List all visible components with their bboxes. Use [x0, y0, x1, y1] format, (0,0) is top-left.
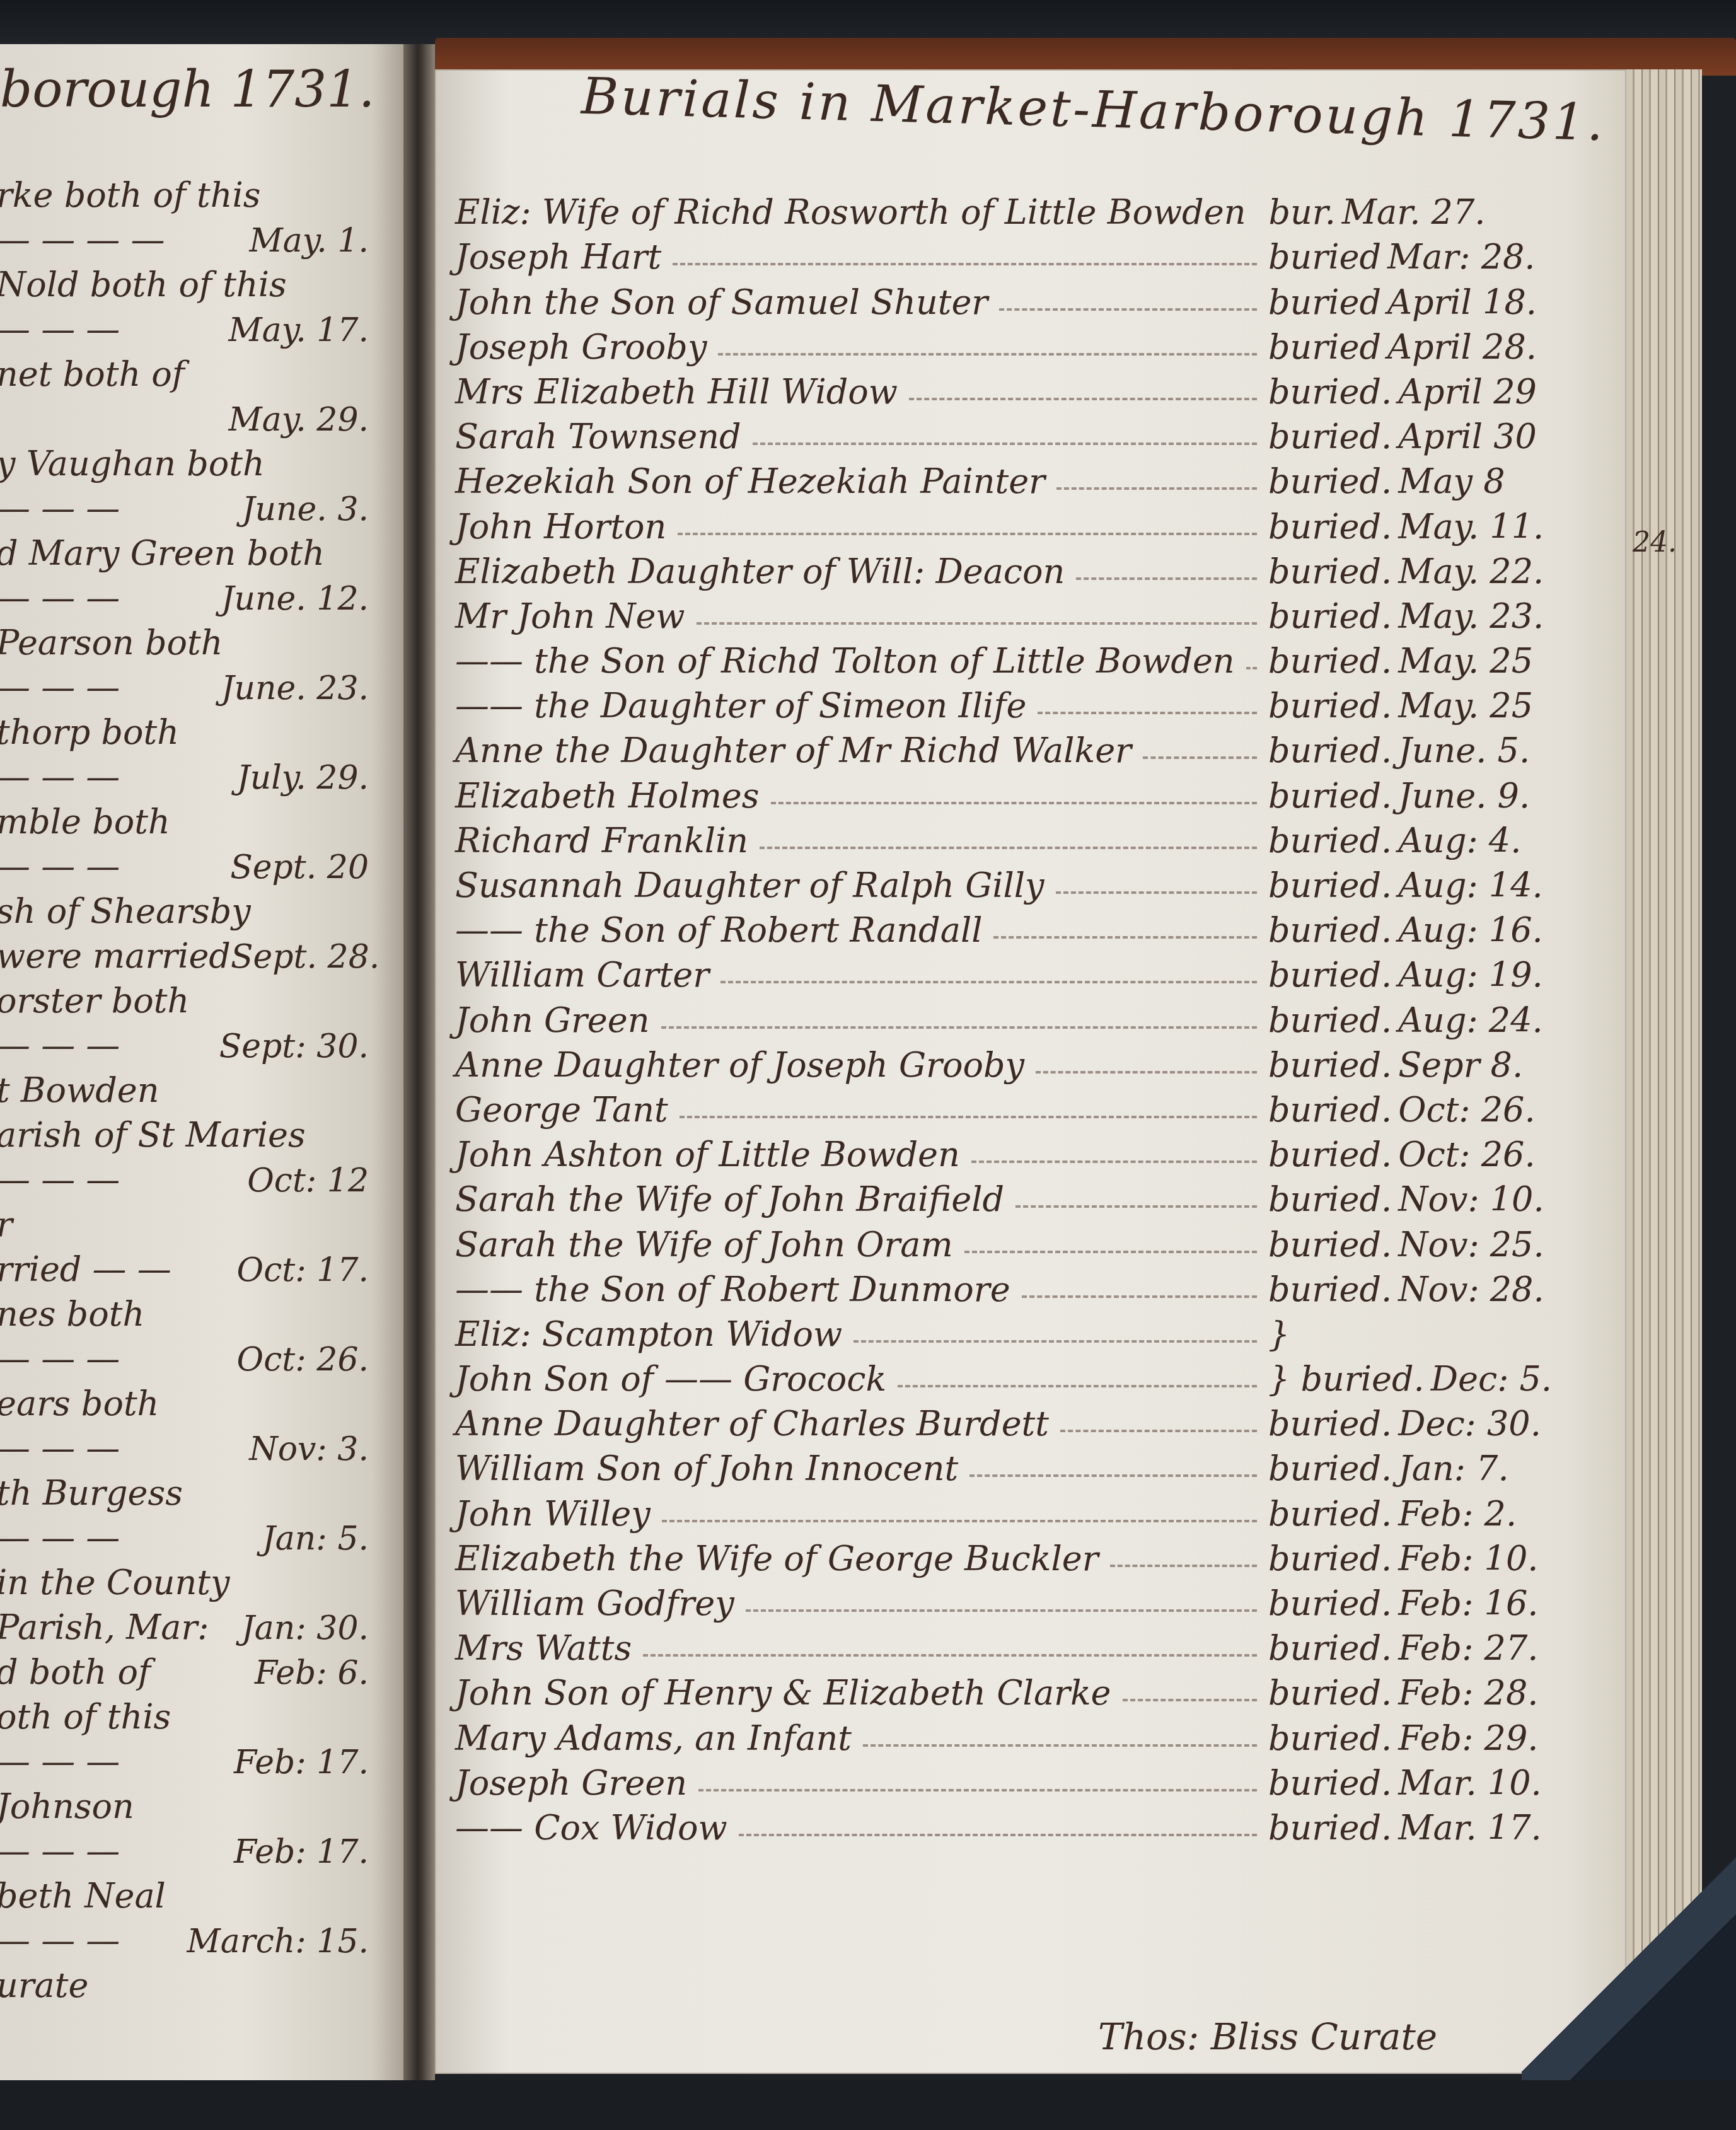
marriage-entry-fragment: sh of Shearsby	[0, 886, 403, 931]
entry-text: thorp both	[0, 712, 179, 752]
entry-date: Feb: 6.	[255, 1654, 369, 1692]
burial-record: buried.May. 23.	[1268, 596, 1609, 636]
entry-date: Jan: 30.	[241, 1609, 369, 1647]
burial-label: buried.	[1268, 910, 1392, 950]
dotted-leader	[1016, 1205, 1257, 1208]
burial-date: Mar. 27.	[1342, 192, 1486, 232]
burial-entry: John Son of —— Grocock} buried.Dec: 5.	[455, 1354, 1609, 1399]
burial-record: buried.Feb: 10.	[1268, 1539, 1609, 1578]
marriage-entry-fragment: in the County	[0, 1558, 403, 1602]
entry-date: Jan: 5.	[262, 1520, 369, 1558]
deceased-name: William Carter	[455, 955, 709, 995]
entry-date: Oct: 17.	[237, 1251, 369, 1289]
burial-record: buried.Feb: 2.	[1268, 1494, 1609, 1534]
deceased-name: George Tant	[455, 1090, 668, 1130]
burial-entry: —— the Son of Robert Dunmoreburied.Nov: …	[455, 1265, 1609, 1309]
burial-date: Aug: 24.	[1398, 1000, 1543, 1040]
burial-label: buried.	[1268, 1494, 1392, 1534]
entry-text: urate	[0, 1965, 88, 2005]
entry-text: sh of Shearsby	[0, 891, 251, 931]
burial-record: buriedApril 18.	[1268, 282, 1609, 322]
burial-label: buried.	[1268, 821, 1392, 860]
deceased-name: Susannah Daughter of Ralph Gilly	[455, 865, 1044, 905]
burial-date: April 18.	[1387, 282, 1537, 322]
entry-date: Sept. 20	[230, 848, 369, 886]
burial-entry: John Son of Henry & Elizabeth Clarkeburi…	[455, 1668, 1609, 1713]
entry-text: — — —	[0, 847, 120, 886]
deceased-name: Mary Adams, an Infant	[455, 1718, 852, 1758]
burial-record: buried.April 30	[1268, 417, 1609, 456]
right-page: Burials in Market-Harborough 1731. Eliz:…	[435, 69, 1626, 2074]
marriage-entry-fragment: orster both	[0, 976, 403, 1021]
burial-label: buried.	[1268, 552, 1392, 591]
marriage-entry-fragment: Johnson	[0, 1781, 403, 1826]
dotted-leader	[1110, 1565, 1257, 1567]
curate-signature: Thos: Bliss Curate	[1098, 2015, 1437, 2058]
entry-text: in the County	[0, 1563, 229, 1602]
burial-entry: William Carterburied.Aug: 19.	[455, 950, 1609, 995]
entry-date: June. 23.	[221, 669, 369, 707]
burial-entry: Eliz: Wife of Richd Rosworth of Little B…	[455, 187, 1609, 232]
entry-text: t Bowden	[0, 1070, 159, 1110]
burial-entry: George Tantburied.Oct: 26.	[455, 1085, 1609, 1130]
book-strap	[1522, 1777, 1736, 2130]
burial-record: buried.Aug: 24.	[1268, 1000, 1609, 1040]
deceased-name: John Son of —— Grocock	[455, 1359, 886, 1399]
burial-label: buried.	[1268, 1583, 1392, 1623]
burial-date: Aug: 14.	[1398, 865, 1543, 905]
entry-date: June. 3.	[242, 490, 369, 528]
dotted-leader	[1246, 667, 1257, 669]
burial-entry: Anne the Daughter of Mr Richd Walkerburi…	[455, 726, 1609, 770]
marriage-entry-fragment: were marriedSept. 28.	[0, 931, 403, 976]
burial-label: buried.	[1268, 1808, 1392, 1848]
burial-record: buried.May. 25	[1268, 641, 1609, 681]
deceased-name: John Son of Henry & Elizabeth Clarke	[455, 1673, 1111, 1713]
marriage-entry-fragment: May. 29.	[0, 394, 403, 439]
entry-text: — — —	[0, 1831, 120, 1871]
left-page: borough 1731. rke both of this— — — —May…	[0, 44, 403, 2093]
entry-text: — — —	[0, 1921, 120, 1960]
marriage-entry-fragment: — — —May. 17.	[0, 304, 403, 349]
dotted-leader	[1060, 1430, 1257, 1432]
burial-record: buried.May. 11.	[1268, 507, 1609, 547]
entry-text: rried — —	[0, 1249, 171, 1289]
deceased-name: John Ashton of Little Bowden	[455, 1135, 960, 1174]
burial-entry: Sarah the Wife of John Oramburied.Nov: 2…	[455, 1219, 1609, 1264]
burial-label: buried.	[1268, 596, 1392, 636]
burial-record: buried.Aug: 19.	[1268, 955, 1609, 995]
dotted-leader	[673, 263, 1257, 265]
burial-date: Dec: 30.	[1398, 1404, 1541, 1444]
burial-date: Mar. 17.	[1398, 1808, 1542, 1848]
marriage-entry-fragment: rke both of this	[0, 170, 403, 215]
dotted-leader	[863, 1744, 1257, 1747]
marriage-entry-fragment: — — —June. 23.	[0, 663, 403, 707]
marriage-entry-fragment: d both ofFeb: 6.	[0, 1647, 403, 1692]
deceased-name: William Godfrey	[455, 1583, 734, 1623]
dotted-leader	[661, 1026, 1257, 1029]
burial-label: buried.	[1268, 1763, 1392, 1803]
dotted-leader	[964, 1251, 1257, 1253]
entry-text: r	[0, 1205, 13, 1244]
marriage-entry-fragment: — — —Feb: 17.	[0, 1737, 403, 1781]
burial-entry: Mary Adams, an Infantburied.Feb: 29.	[455, 1713, 1609, 1757]
marriage-entry-fragment: arish of St Maries	[0, 1110, 403, 1155]
marriage-entry-fragment: — — —Nov: 3.	[0, 1423, 403, 1468]
deceased-name: Elizabeth the Wife of George Buckler	[455, 1539, 1099, 1578]
dotted-leader	[698, 1789, 1257, 1791]
burial-label: buried.	[1268, 461, 1392, 501]
dotted-leader	[771, 802, 1257, 804]
burial-record: } buried.Dec: 5.	[1268, 1359, 1609, 1399]
burial-record: buried.Jan: 7.	[1268, 1449, 1609, 1488]
dotted-leader	[662, 1520, 1257, 1522]
burial-entry: Mrs Wattsburied.Feb: 27.	[455, 1623, 1609, 1668]
entry-date: Feb: 17.	[234, 1833, 369, 1871]
marriage-entry-fragment: ears both	[0, 1379, 403, 1423]
marriage-entry-fragment: — — —Jan: 5.	[0, 1513, 403, 1558]
dotted-leader	[643, 1654, 1257, 1657]
burial-entry: Mr John Newburied.May. 23.	[455, 591, 1609, 636]
burial-date: Feb: 27.	[1398, 1628, 1538, 1668]
burial-label: buried.	[1268, 641, 1392, 681]
background-bottom	[0, 2080, 1736, 2130]
deceased-name: Joseph Green	[455, 1763, 687, 1803]
marriage-entry-fragment: rried — —Oct: 17.	[0, 1244, 403, 1289]
marriage-entry-fragment: — — — —May. 1.	[0, 215, 403, 260]
entry-date: Sept. 28.	[231, 938, 379, 976]
entry-text: rke both of this	[0, 175, 261, 215]
burial-entry: John the Son of Samuel ShuterburiedApril…	[455, 277, 1609, 321]
dotted-leader	[1143, 756, 1257, 759]
burial-label: buried.	[1268, 686, 1392, 726]
burial-record: buried.May 8	[1268, 461, 1609, 501]
burial-record: buried.Feb: 28.	[1268, 1673, 1609, 1713]
dotted-leader	[969, 1474, 1257, 1477]
entry-text: Johnson	[0, 1786, 134, 1826]
burial-entry: Joseph Greenburied.Mar. 10.	[455, 1758, 1609, 1803]
left-page-heading: borough 1731.	[0, 60, 375, 119]
burial-entry: John Willeyburied.Feb: 2.	[455, 1488, 1609, 1533]
deceased-name: —— the Son of Richd Tolton of Little Bow…	[455, 641, 1235, 681]
deceased-name: Sarah the Wife of John Oram	[455, 1225, 953, 1265]
burial-date: June. 5.	[1398, 731, 1530, 770]
entry-text: — — —	[0, 1026, 120, 1065]
burial-entry: William Son of John Innocentburied.Jan: …	[455, 1444, 1609, 1488]
dotted-leader	[739, 1834, 1257, 1836]
burial-record: buried.Aug: 4.	[1268, 821, 1609, 860]
burial-entry: William Godfreyburied.Feb: 16.	[455, 1578, 1609, 1623]
dotted-leader	[1036, 1071, 1257, 1074]
burial-date: April 29	[1398, 372, 1537, 412]
entry-date: May. 29.	[229, 401, 369, 439]
margin-note: 24.	[1633, 526, 1677, 559]
burial-entry: —— Cox Widowburied.Mar. 17.	[455, 1803, 1609, 1848]
burial-label: buried.	[1268, 776, 1392, 816]
deceased-name: Hezekiah Son of Hezekiah Painter	[455, 461, 1045, 501]
burial-date: June. 9.	[1398, 776, 1530, 816]
entry-text: beth Neal	[0, 1876, 166, 1916]
marriage-entry-fragment: — — —Oct: 12	[0, 1155, 403, 1200]
marriage-entry-fragment: — — —July. 29.	[0, 752, 403, 797]
burial-date: Jan: 7.	[1398, 1449, 1509, 1488]
burial-label: } buried.	[1268, 1359, 1425, 1399]
deceased-name: Mr John New	[455, 596, 685, 636]
marriage-entry-fragment: d Mary Green both	[0, 528, 403, 573]
dotted-leader	[720, 981, 1257, 983]
burial-label: buried.	[1268, 372, 1392, 412]
entry-text: — — — —	[0, 220, 165, 260]
burial-date: Sepr 8.	[1398, 1045, 1523, 1085]
deceased-name: Eliz: Scampton Widow	[455, 1314, 842, 1354]
burial-record: buried.Oct: 26.	[1268, 1090, 1609, 1130]
burial-date: Nov: 10.	[1398, 1179, 1544, 1219]
dotted-leader	[999, 308, 1257, 311]
burial-entry: Sarah the Wife of John Braifieldburied.N…	[455, 1174, 1609, 1219]
burial-date: Nov: 28.	[1398, 1270, 1544, 1309]
burial-label: buried.	[1268, 1628, 1392, 1668]
entry-text: — — —	[0, 1339, 120, 1379]
burial-date: Aug: 4.	[1398, 821, 1521, 860]
burial-label: buried	[1268, 327, 1381, 367]
deceased-name: Sarah Townsend	[455, 417, 741, 456]
dotted-leader	[854, 1340, 1257, 1343]
deceased-name: Sarah the Wife of John Braifield	[455, 1179, 1004, 1219]
burial-entry: —— the Son of Richd Tolton of Little Bow…	[455, 636, 1609, 681]
marriage-entry-fragment: r	[0, 1200, 403, 1244]
entry-text: Pearson both	[0, 623, 223, 663]
burial-entry: —— the Daughter of Simeon Ilifeburied.Ma…	[455, 681, 1609, 726]
entry-date: June. 12.	[221, 580, 369, 618]
burial-record: buried.Nov: 25.	[1268, 1225, 1609, 1265]
burial-record: buried.Sepr 8.	[1268, 1045, 1609, 1085]
entry-date: May. 1.	[250, 222, 369, 260]
deceased-name: John Horton	[455, 507, 666, 547]
marriage-entry-fragment: — — —Sept: 30.	[0, 1021, 403, 1065]
entry-text: — — —	[0, 1428, 120, 1468]
burial-record: buried.Dec: 30.	[1268, 1404, 1609, 1444]
entry-text: arish of St Maries	[0, 1115, 306, 1155]
burial-record: buried.May. 25	[1268, 686, 1609, 726]
dotted-leader	[1056, 891, 1257, 894]
burial-date: May. 25	[1398, 686, 1533, 726]
entry-text: y Vaughan both	[0, 444, 265, 483]
burial-entry: Joseph GroobyburiedApril 28.	[455, 322, 1609, 367]
burial-record: buried.May. 22.	[1268, 552, 1609, 591]
entry-date: Oct: 12	[247, 1162, 369, 1200]
deceased-name: Eliz: Wife of Richd Rosworth of Little B…	[455, 192, 1246, 232]
burial-record: buried.Feb: 29.	[1268, 1718, 1609, 1758]
deceased-name: Joseph Hart	[455, 237, 661, 277]
entry-text: nes both	[0, 1294, 144, 1334]
deceased-name: Anne the Daughter of Mr Richd Walker	[455, 731, 1131, 770]
burial-date: April 28.	[1387, 327, 1537, 367]
dotted-leader	[680, 1116, 1257, 1118]
burial-label: buried.	[1268, 955, 1392, 995]
burial-entry: John Greenburied.Aug: 24.	[455, 995, 1609, 1039]
burial-label: buried.	[1268, 1673, 1392, 1713]
burial-label: buried	[1268, 282, 1381, 322]
entry-text: — — —	[0, 1518, 120, 1558]
deceased-name: —— the Daughter of Simeon Ilife	[455, 686, 1026, 726]
burial-record: buried.June. 5.	[1268, 731, 1609, 770]
deceased-name: John the Son of Samuel Shuter	[455, 282, 988, 322]
book-gutter	[403, 44, 435, 2093]
marriage-entry-fragment: Pearson both	[0, 618, 403, 663]
dotted-leader	[909, 398, 1257, 400]
entry-text: — — —	[0, 310, 120, 349]
burial-entry: Sarah Townsendburied.April 30	[455, 412, 1609, 456]
entry-text: — — —	[0, 668, 120, 707]
burial-entry: Eliz: Scampton Widow}	[455, 1309, 1609, 1354]
entry-text: — — —	[0, 757, 120, 797]
burial-record: buried.Oct: 26.	[1268, 1135, 1609, 1174]
burial-entry: Anne Daughter of Charles Burdettburied.D…	[455, 1399, 1609, 1444]
entry-text: — — —	[0, 489, 120, 528]
deceased-name: William Son of John Innocent	[455, 1449, 958, 1488]
marriage-entry-fragment: beth Neal	[0, 1871, 403, 1916]
dotted-leader	[718, 353, 1257, 356]
dotted-leader	[760, 847, 1257, 849]
burial-date: May. 25	[1398, 641, 1533, 681]
deceased-name: —— the Son of Robert Dunmore	[455, 1270, 1010, 1309]
entry-text: Nold both of this	[0, 265, 287, 304]
entry-date: July. 29.	[237, 759, 369, 797]
marriage-entry-fragment: urate	[0, 1960, 403, 2005]
deceased-name: Richard Franklin	[455, 821, 748, 860]
marriage-entry-fragment: Parish, Mar:Jan: 30.	[0, 1602, 403, 1647]
marriage-entry-fragment: — — —June. 3.	[0, 483, 403, 528]
marriage-entry-fragment: mble both	[0, 797, 403, 842]
burial-date: Mar. 10.	[1398, 1763, 1542, 1803]
marriage-entry-fragment: — — —Oct: 26.	[0, 1334, 403, 1379]
entry-date: May. 17.	[229, 311, 369, 349]
burial-date: Mar: 28.	[1387, 237, 1536, 277]
marriage-entry-fragment: — — —June. 12.	[0, 573, 403, 618]
burial-date: Feb: 10.	[1398, 1539, 1538, 1578]
burial-date: May. 11.	[1398, 507, 1544, 547]
entry-date: Feb: 17.	[234, 1744, 369, 1781]
burial-date: Feb: 29.	[1398, 1718, 1538, 1758]
burial-label: buried.	[1268, 507, 1392, 547]
deceased-name: —— Cox Widow	[455, 1808, 727, 1848]
burial-entry: Mrs Elizabeth Hill Widowburied.April 29	[455, 367, 1609, 412]
marriage-entry-fragment: t Bowden	[0, 1065, 403, 1110]
entry-text: mble both	[0, 802, 170, 842]
burial-label: buried.	[1268, 1045, 1392, 1085]
entry-text: — — —	[0, 1742, 120, 1781]
burial-date: Aug: 16.	[1398, 910, 1543, 950]
dotted-leader	[1123, 1699, 1257, 1701]
burial-label: bur.	[1268, 192, 1335, 232]
dotted-leader	[971, 1161, 1257, 1163]
entry-text: d both of	[0, 1652, 151, 1692]
burial-date: April 30	[1398, 417, 1537, 456]
burial-record: buried.April 29	[1268, 372, 1609, 412]
entry-text: — — —	[0, 578, 120, 618]
burial-label: buried.	[1268, 1225, 1392, 1265]
burial-entry: —— the Son of Robert Randallburied.Aug: …	[455, 905, 1609, 950]
burial-entry: John Hortonburied.May. 11.	[455, 501, 1609, 546]
dotted-leader	[1076, 577, 1257, 580]
burial-record: }	[1268, 1314, 1609, 1354]
burial-entry: Hezekiah Son of Hezekiah Painterburied.M…	[455, 456, 1609, 501]
left-page-entries: rke both of this— — — —May. 1.Nold both …	[0, 170, 403, 2005]
burial-label: buried.	[1268, 1135, 1392, 1174]
deceased-name: John Green	[455, 1000, 650, 1040]
burial-date: May. 23.	[1398, 596, 1544, 636]
burial-label: buried.	[1268, 1539, 1392, 1578]
burial-label: buried.	[1268, 1718, 1392, 1758]
entry-text: th Burgess	[0, 1473, 183, 1513]
burial-label: buried.	[1268, 1270, 1392, 1309]
dotted-leader	[678, 533, 1257, 535]
marriage-entry-fragment: Nold both of this	[0, 260, 403, 304]
entry-text: ears both	[0, 1384, 159, 1423]
entry-date: Nov: 3.	[249, 1430, 369, 1468]
dotted-leader	[1022, 1295, 1257, 1298]
burial-record: buried.Feb: 27.	[1268, 1628, 1609, 1668]
burial-entry: Anne Daughter of Joseph Groobyburied.Sep…	[455, 1040, 1609, 1085]
entry-text: orster both	[0, 981, 189, 1021]
entry-date: Sept: 30.	[219, 1027, 369, 1065]
burial-label: buried.	[1268, 1404, 1392, 1444]
dotted-leader	[746, 1609, 1257, 1612]
dotted-leader	[1038, 712, 1257, 714]
burial-record: buried.Feb: 16.	[1268, 1583, 1609, 1623]
burial-label: buried.	[1268, 865, 1392, 905]
burial-date: Aug: 19.	[1398, 955, 1543, 995]
burial-date: Feb: 2.	[1398, 1494, 1517, 1534]
burial-entry: John Ashton of Little Bowdenburied.Oct: …	[455, 1130, 1609, 1174]
entry-text: net both of	[0, 354, 185, 394]
burial-entry: Susannah Daughter of Ralph Gillyburied.A…	[455, 860, 1609, 905]
burial-label: buried.	[1268, 1090, 1392, 1130]
burial-record: bur.Mar. 27.	[1268, 192, 1609, 232]
burial-date: May. 22.	[1398, 552, 1544, 591]
deceased-name: Anne Daughter of Joseph Grooby	[455, 1045, 1024, 1085]
dotted-leader	[1056, 487, 1257, 490]
entry-date: March: 15.	[187, 1923, 369, 1960]
deceased-name: Joseph Grooby	[455, 327, 707, 367]
dotted-leader	[753, 443, 1258, 445]
marriage-entry-fragment: — — —Sept. 20	[0, 842, 403, 886]
deceased-name: Elizabeth Holmes	[455, 776, 760, 816]
marriage-entry-fragment: net both of	[0, 349, 403, 394]
marriage-entry-fragment: nes both	[0, 1289, 403, 1334]
burial-date: Oct: 26.	[1398, 1090, 1535, 1130]
burial-record: buried.Aug: 14.	[1268, 865, 1609, 905]
burial-entry: Elizabeth Holmesburied.June. 9.	[455, 770, 1609, 815]
burial-date: Feb: 16.	[1398, 1583, 1538, 1623]
burial-date: May 8	[1398, 461, 1505, 501]
burial-date: Oct: 26.	[1398, 1135, 1535, 1174]
burial-label: buried	[1268, 237, 1381, 277]
burial-entry: Richard Franklinburied.Aug: 4.	[455, 816, 1609, 860]
deceased-name: Mrs Watts	[455, 1628, 632, 1668]
deceased-name: Anne Daughter of Charles Burdett	[455, 1404, 1049, 1444]
burial-date: Dec: 5.	[1431, 1359, 1552, 1399]
marriage-entry-fragment: — — —Feb: 17.	[0, 1826, 403, 1871]
burial-label: buried.	[1268, 417, 1392, 456]
entry-text: d Mary Green both	[0, 533, 325, 573]
entry-text: oth of this	[0, 1697, 171, 1737]
burial-label: buried.	[1268, 731, 1392, 770]
burial-entry: Elizabeth Daughter of Will: Deaconburied…	[455, 547, 1609, 591]
burial-record: buriedMar: 28.	[1268, 237, 1609, 277]
burial-record: buried.June. 9.	[1268, 776, 1609, 816]
